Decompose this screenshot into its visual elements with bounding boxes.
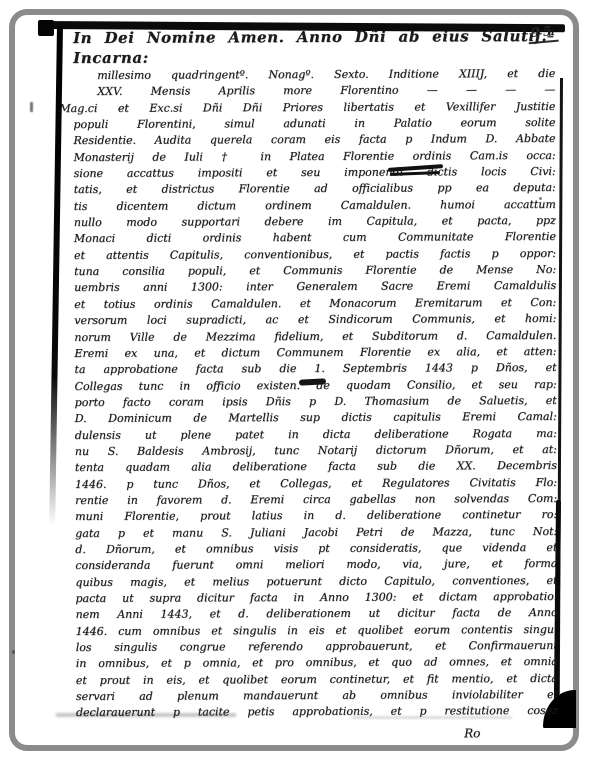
- manuscript-line: gata p et manu S. Juliani Jacobi Petri d…: [75, 524, 557, 542]
- manuscript-line: XXV. Mensis Aprilis more Florentino — — …: [97, 82, 555, 100]
- manuscript-line: versorum loci supradicti, ac et Sindicor…: [74, 311, 556, 329]
- manuscript-line: in omnibus, et p omnia, et pro omnibus, …: [76, 654, 558, 672]
- catchword: Ro: [464, 725, 558, 742]
- manuscript-line: declarauerunt p tacite petis approbation…: [76, 703, 558, 721]
- manuscript-line: muni Florentie, prout latius in d. delib…: [75, 507, 557, 525]
- manuscript-line: tenta quadam alia deliberatione facta su…: [75, 458, 557, 476]
- ink-speck: [12, 650, 15, 654]
- manuscript-line: Collegas tunc in officio existen. de quo…: [75, 376, 557, 394]
- manuscript-line: uembris anni 1300: inter Generalem Sacre…: [74, 278, 556, 296]
- manuscript-line: Residentie. Audita querela coram eis fac…: [73, 131, 555, 149]
- manuscript-line: 1446. p tunc Dños, et Collegas, et Regul…: [75, 474, 557, 492]
- manuscript-line: In Dei Nomine Amen. Anno Dñi ab eius Sal…: [73, 26, 555, 68]
- manuscript-line: norum Ville de Mezzima fidelium, et Subd…: [74, 327, 556, 345]
- ink-speck: [30, 102, 33, 112]
- scanned-page: 95 In Dei Nomine Amen. Anno Dñi ab eius …: [0, 0, 589, 760]
- scan-edge-corner: [38, 20, 54, 36]
- manuscript-line: ta approbatione facta sub die 1. Septemb…: [74, 360, 556, 378]
- manuscript-line: consideranda fuerunt omni meliori modo, …: [75, 556, 557, 574]
- manuscript-line: tatis, et districtus Florentie ad offici…: [74, 180, 556, 198]
- manuscript-text: In Dei Nomine Amen. Anno Dñi ab eius Sal…: [73, 26, 558, 743]
- manuscript-line: nem Anni 1443, et d. deliberationem ut d…: [76, 605, 558, 623]
- manuscript-line: Monaci dicti ordinis habent cum Communit…: [74, 229, 556, 247]
- manuscript-line: D. Dominicum de Martellis sup dictis cap…: [75, 409, 557, 427]
- manuscript-line: millesimo quadringentº. Nonagº. Sexto. I…: [97, 66, 555, 84]
- manuscript-line: dulensis ut plene patet in dicta deliber…: [75, 425, 557, 443]
